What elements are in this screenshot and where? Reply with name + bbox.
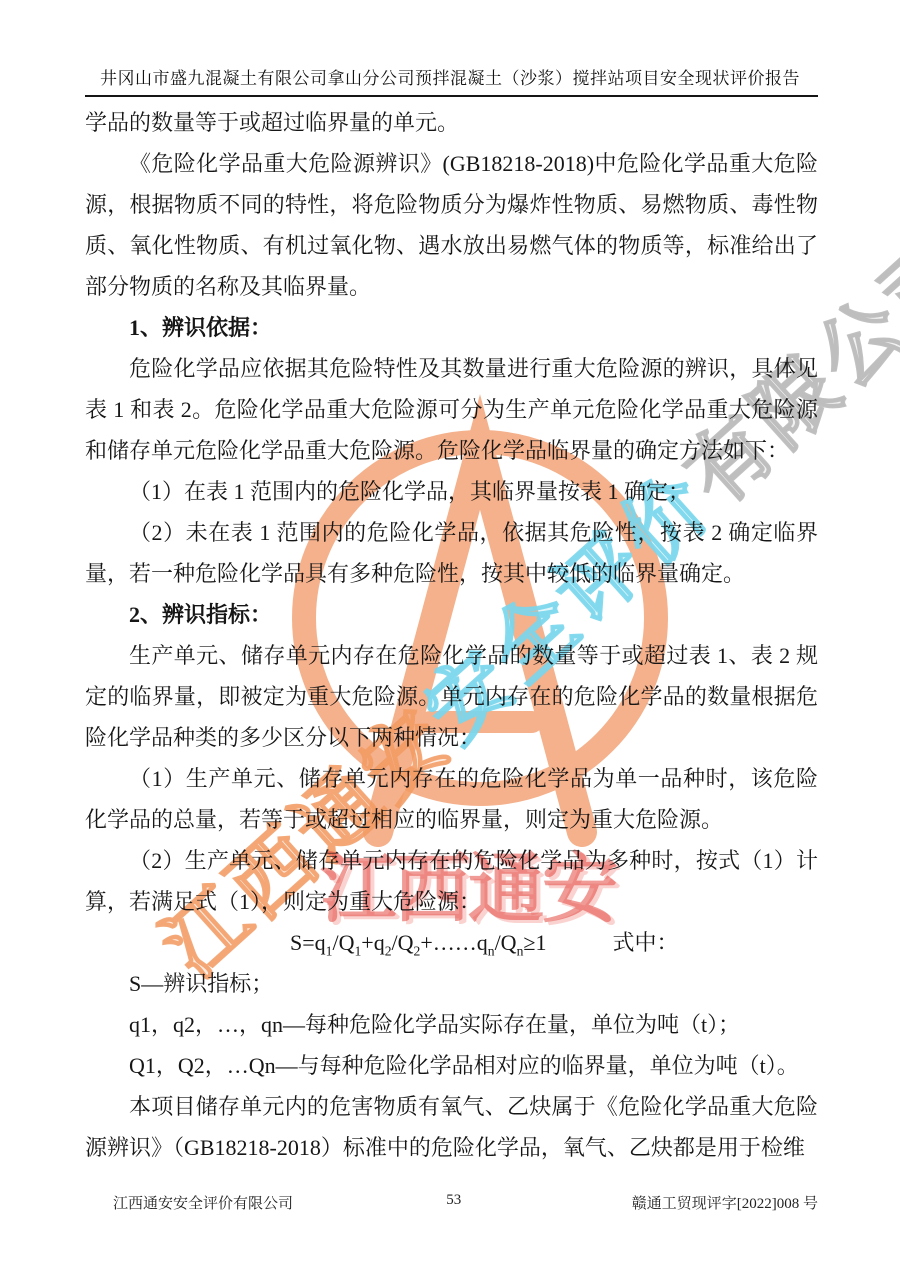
footer-company: 江西通安安全评价有限公司 bbox=[113, 1192, 293, 1213]
formula-subscript: n bbox=[488, 943, 495, 958]
paragraph: Q1，Q2，…Qn—与每种危险化学品相对应的临界量，单位为吨（t）。 bbox=[85, 1045, 818, 1086]
content-layer: 井冈山市盛九混凝土有限公司拿山分公司预拌混凝土（沙浆）搅拌站项目安全现状评价报告… bbox=[0, 0, 900, 1274]
paragraph: S—辨识指标； bbox=[85, 963, 818, 1004]
section-heading: 1、辨识依据： bbox=[85, 307, 818, 348]
formula-term: /Q bbox=[332, 930, 354, 955]
page-header-title: 井冈山市盛九混凝土有限公司拿山分公司预拌混凝土（沙浆）搅拌站项目安全现状评价报告 bbox=[0, 64, 900, 89]
formula-term: +q bbox=[361, 930, 384, 955]
formula-term: /Q bbox=[495, 930, 517, 955]
paragraph: q1，q2，…，qn—每种危险化学品实际存在量，单位为吨（t）； bbox=[85, 1004, 818, 1045]
paragraph: 危险化学品应依据其危险特性及其数量进行重大危险源的辨识，具体见表 1 和表 2。… bbox=[85, 348, 818, 471]
formula-term: /Q bbox=[392, 930, 414, 955]
formula-line: S=q1/Q1+q2/Q2+……qn/Qn≥1式中： bbox=[85, 922, 818, 963]
formula-term: S=q bbox=[290, 930, 326, 955]
footer-page-number: 53 bbox=[446, 1192, 461, 1209]
formula-term: ≥1 bbox=[523, 930, 546, 955]
formula-term: +……q bbox=[420, 930, 487, 955]
document-body: 学品的数量等于或超过临界量的单元。《危险化学品重大危险源辨识》(GB18218-… bbox=[85, 102, 818, 1180]
paragraph: 学品的数量等于或超过临界量的单元。 bbox=[85, 102, 818, 143]
page-footer: 江西通安安全评价有限公司 53 赣通工贸现评字[2022]008 号 bbox=[85, 1192, 818, 1216]
section-heading: 2、辨识指标： bbox=[85, 594, 818, 635]
report-page: 江西通安安全评价有限公司 江西通安 井冈山市盛九混凝土有限公司拿山分公司预拌混凝… bbox=[0, 0, 900, 1274]
paragraph: （1）在表 1 范围内的危险化学品，其临界量按表 1 确定； bbox=[85, 471, 818, 512]
footer-doc-number: 赣通工贸现评字[2022]008 号 bbox=[632, 1192, 818, 1213]
header-rule bbox=[85, 95, 818, 97]
formula-subscript: 2 bbox=[385, 943, 392, 958]
paragraph: （1）生产单元、储存单元内存在的危险化学品为单一品种时，该危险化学品的总量，若等… bbox=[85, 758, 818, 840]
paragraph: 《危险化学品重大危险源辨识》(GB18218-2018)中危险化学品重大危险源，… bbox=[85, 143, 818, 307]
paragraph: （2）生产单元、储存单元内存在的危险化学品为多种时，按式（1）计算，若满足式（1… bbox=[85, 840, 818, 922]
formula-note: 式中： bbox=[612, 930, 678, 955]
paragraph: 生产单元、储存单元内存在危险化学品的数量等于或超过表 1、表 2 规定的临界量，… bbox=[85, 635, 818, 758]
paragraph: （2）未在表 1 范围内的危险化学品，依据其危险性，按表 2 确定临界量，若一种… bbox=[85, 512, 818, 594]
paragraph: 本项目储存单元内的危害物质有氧气、乙炔属于《危险化学品重大危险源辨识》（GB18… bbox=[85, 1086, 818, 1168]
